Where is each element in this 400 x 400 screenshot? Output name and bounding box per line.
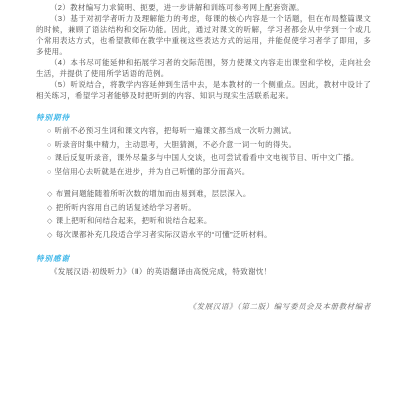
list-item: ○听前不必预习生词和课文内容，把每听一遍课文都当成一次听力测试。	[47, 125, 371, 139]
list-item-text: 每次课都补充几段适合学习者实际汉语水平的“可懂”泛听材料。	[56, 230, 272, 239]
diamond-bullet-icon: ◇	[47, 230, 53, 243]
list-item: ○课后反复听录音，课外尽量多与中国人交谈，也可尝试看看中文电视节目、听中文广播。	[47, 152, 371, 166]
editorial-signature: 《发展汉语》（第二版）编写委员会及本册教材编者	[36, 301, 371, 312]
list-item-text: 听录音时集中精力，主动思考，大胆猜测，不必介意一词一句的得失。	[55, 140, 297, 149]
list-item: ○坚信用心去听就是在进步，并为自己听懂的部分而高兴。	[47, 166, 371, 180]
list-item-text: 课后反复听录音，课外尽量多与中国人交谈，也可尝试看看中文电视节目、听中文广播。	[55, 153, 359, 162]
list-item: ◇布置问题能随着所听次数的增加而由易到难，层层深入。	[47, 188, 371, 202]
preface-paragraph-5: （5）听说结合，将教学内容延伸到生活中去，是本教材的一个侧重点。因此，教材中设计…	[36, 79, 371, 101]
diamond-bullet-icon: ◇	[47, 203, 53, 216]
textbook-preface-page: （2）教材编写力求简明、扼要，进一步讲解和训练可参考网上配套资源。 （3）基于对…	[0, 0, 400, 400]
list-item: ◇把所听内容用自己的话复述给学习者听。	[47, 202, 371, 216]
list-item-text: 把所听内容用自己的话复述给学习者听。	[56, 203, 196, 212]
circle-bullet-icon: ○	[47, 167, 52, 180]
list-item-text: 布置问题能随着所听次数的增加而由易到难，层层深入。	[56, 189, 251, 198]
preface-paragraph-3: （3）基于对初学者听力及理解能力的考虑，每课的核心内容是一个话题，但在布局整篇课…	[36, 13, 371, 57]
circle-bullet-icon: ○	[47, 126, 52, 139]
preface-paragraph-2: （2）教材编写力求简明、扼要，进一步讲解和训练可参考网上配套资源。	[36, 2, 371, 13]
list-item-text: 坚信用心去听就是在进步，并为自己听懂的部分而高兴。	[55, 167, 250, 176]
diamond-bullet-icon: ◇	[47, 216, 53, 229]
expectations-heading: 特别期待	[36, 112, 371, 123]
learner-tips-list: ○听前不必预习生词和课文内容，把每听一遍课文都当成一次听力测试。 ○听录音时集中…	[36, 125, 371, 179]
page-content: （2）教材编写力求简明、扼要，进一步讲解和训练可参考网上配套资源。 （3）基于对…	[36, 2, 371, 312]
list-item: ○听录音时集中精力，主动思考，大胆猜测，不必介意一词一句的得失。	[47, 139, 371, 153]
list-item-text: 课上把听和问结合起来，把听和说结合起来。	[56, 216, 212, 225]
circle-bullet-icon: ○	[47, 140, 52, 153]
list-item: ◇课上把听和问结合起来，把听和说结合起来。	[47, 215, 371, 229]
thanks-text: 《发展汉语·初级听力》（Ⅱ）的英语翻译由高悦完成，特致谢忱！	[36, 266, 371, 277]
list-item: ◇每次课都补充几段适合学习者实际汉语水平的“可懂”泛听材料。	[47, 229, 371, 243]
preface-paragraph-4: （4）本书尽可能延伸和拓展学习者的交际范围，努力使课文内容走出课堂和学校，走向社…	[36, 57, 371, 79]
thanks-heading: 特别感谢	[36, 253, 371, 264]
circle-bullet-icon: ○	[47, 153, 52, 166]
diamond-bullet-icon: ◇	[47, 189, 53, 202]
teacher-tips-list: ◇布置问题能随着所听次数的增加而由易到难，层层深入。 ◇把所听内容用自己的话复述…	[36, 188, 371, 242]
list-item-text: 听前不必预习生词和课文内容，把每听一遍课文都当成一次听力测试。	[55, 126, 297, 135]
